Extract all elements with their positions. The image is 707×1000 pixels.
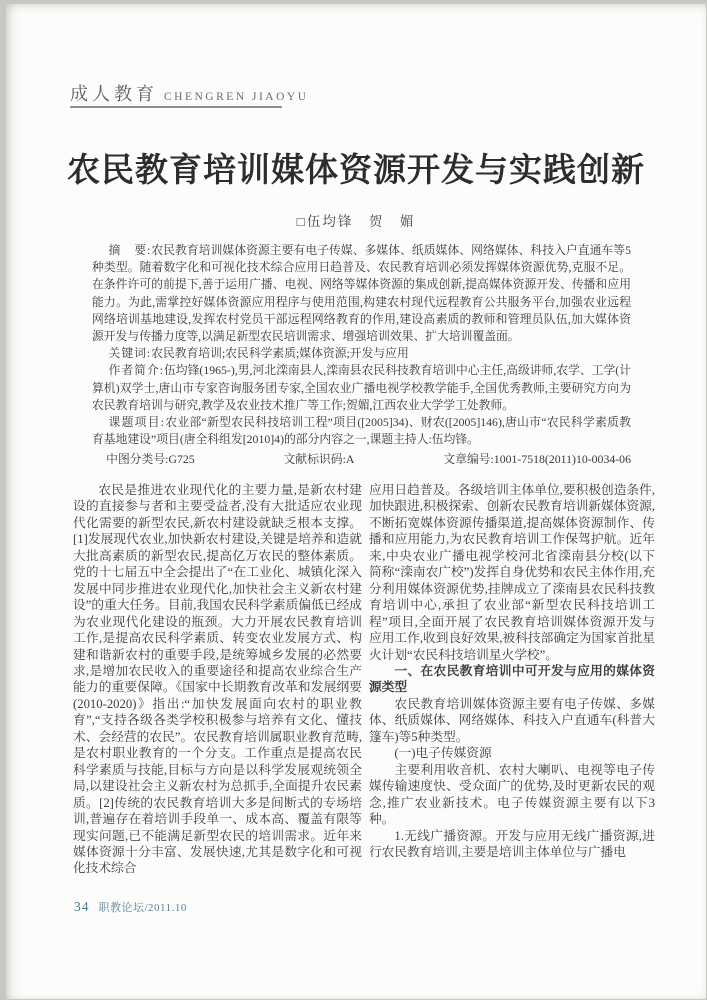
article-id: 文章编号:1001-7518(2011)10-0034-06 [443, 451, 631, 468]
section-heading-1: 一、在农民教育培训中可开发与应用的媒体资源类型 [369, 663, 655, 696]
subsection-heading: (一)电子传媒资源 [369, 745, 655, 761]
journal-section-name-cn: 成人教育 [70, 84, 158, 104]
journal-issue: 职教论坛/2011.10 [99, 902, 187, 914]
body-column-left: 农民是推进农业现代化的主要力量,是新农村建设的直接参与者和主要受益者,没有大批适… [73, 482, 362, 877]
author-bio-label: 作者简介: [109, 363, 164, 377]
body-paragraph: 农民教育培训媒体资源主要有电子传媒、多媒体、纸质媒体、网络媒体、科技入户直通车(… [369, 696, 655, 745]
journal-section-name-pinyin: CHENGREN JIAOYU [164, 91, 309, 103]
abstract-label: 摘 要: [109, 243, 152, 257]
document-code: 文献标识码:A [284, 451, 355, 468]
body-paragraph: 1.无线广播资源。开发与应用无线广播资源,进行农民教育培训,主要是培训主体单位与… [369, 828, 655, 861]
project-label: 课题项目: [109, 415, 166, 429]
abstract-paragraph: 摘 要:农民教育培训媒体资源主要有电子传媒、多媒体、纸质媒体、网络媒体、科技入户… [92, 242, 631, 345]
article-title: 农民教育培训媒体资源开发与实践创新 [6, 144, 706, 191]
page-number: 34 [74, 899, 90, 914]
keywords-label: 关键词: [109, 346, 152, 360]
author-bio-text: 伍均锋(1965-),男,河北滦南县人,滦南县农民科技教育培训中心主任,高级讲师… [92, 363, 631, 411]
keywords-paragraph: 关键词:农民教育培训;农民科学素质;媒体资源;开发与应用 [92, 345, 631, 362]
project-paragraph: 课题项目:农业部“新型农民科技培训工程”项目([2005]34)、财农([200… [92, 414, 631, 448]
author-byline: □伍均锋 贺 媚 [6, 210, 706, 230]
journal-section-header: 成人教育CHENGREN JIAOYU [70, 80, 309, 106]
project-text: 农业部“新型农民科技培训工程”项目([2005]34)、财农([2005]146… [92, 415, 631, 446]
scanned-journal-page: 成人教育CHENGREN JIAOYU 农民教育培训媒体资源开发与实践创新 □伍… [6, 4, 706, 999]
keywords-text: 农民教育培训;农民科学素质;媒体资源;开发与应用 [151, 346, 409, 360]
abstract-text: 农民教育培训媒体资源主要有电子传媒、多媒体、纸质媒体、网络媒体、科技入户直通车等… [92, 243, 631, 343]
author-bio-paragraph: 作者简介:伍均锋(1965-),男,河北滦南县人,滦南县农民科技教育培训中心主任… [92, 362, 631, 414]
article-meta-block: 摘 要:农民教育培训媒体资源主要有电子传媒、多媒体、纸质媒体、网络媒体、科技入户… [92, 242, 631, 469]
body-paragraph: 应用日趋普及。各级培训主体单位,要积极创造条件,加快跟进,积极探索、创新农民教育… [369, 482, 655, 663]
header-divider-rule [70, 106, 282, 108]
clc-number: 中图分类号:G725 [106, 451, 194, 468]
classification-line: 中图分类号:G725 文献标识码:A 文章编号:1001-7518(2011)1… [92, 451, 631, 468]
body-paragraph: 农民是推进农业现代化的主要力量,是新农村建设的直接参与者和主要受益者,没有大批适… [73, 482, 362, 877]
body-paragraph: 主要利用收音机、农村大喇叭、电视等电子传媒传输速度快、受众面广的优势,及时更新农… [369, 762, 655, 828]
page-footer: 34职教论坛/2011.10 [74, 898, 187, 916]
body-column-right: 应用日趋普及。各级培训主体单位,要积极创造条件,加快跟进,积极探索、创新农民教育… [369, 482, 655, 860]
